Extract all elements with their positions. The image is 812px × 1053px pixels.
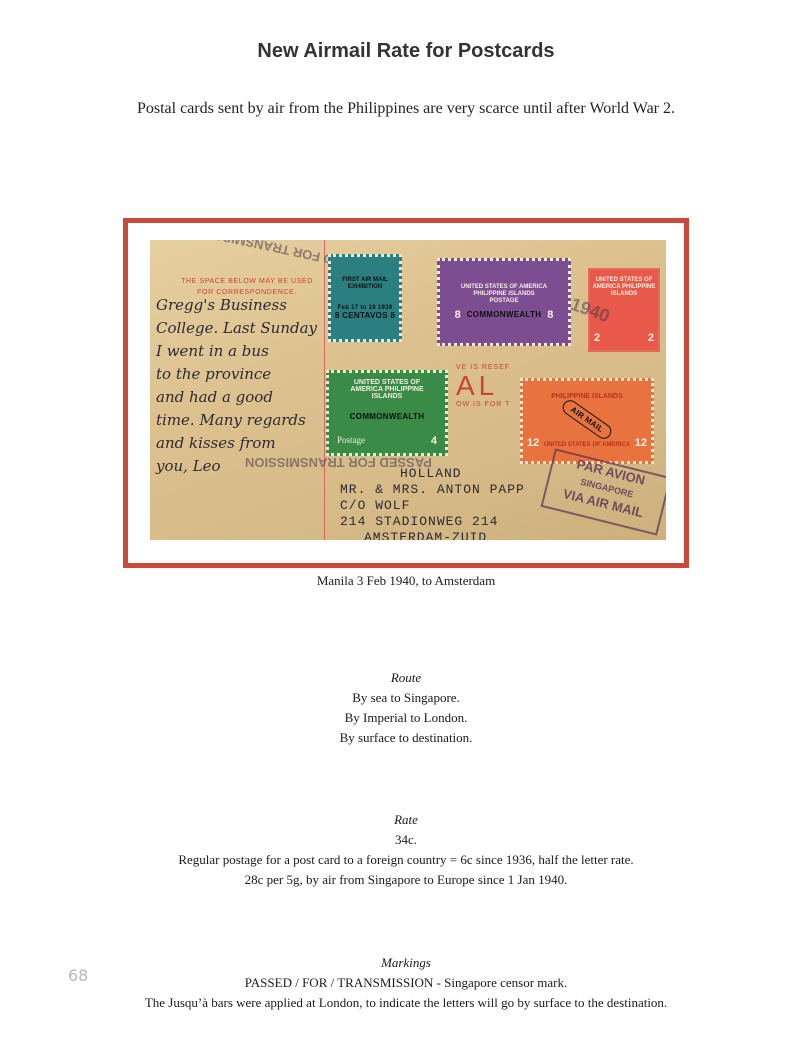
- postcard-image: THE SPACE BELOW MAY BE USED FOR CORRESPO…: [150, 240, 666, 540]
- section-heading: Markings: [0, 953, 812, 973]
- reserved-printed-text: VE IS RESEF AL OW IS FOR T: [456, 364, 510, 408]
- stamp-green-commonwealth: UNITED STATES OF AMERICA PHILIPPINE ISLA…: [326, 370, 448, 456]
- page-title: New Airmail Rate for Postcards: [0, 40, 812, 63]
- handwritten-message: Gregg's Business College. Last Sunday I …: [156, 294, 336, 478]
- postcard-frame: THE SPACE BELOW MAY BE USED FOR CORRESPO…: [123, 218, 689, 568]
- recipient-address: HOLLAND MR. & MRS. ANTON PAPP C/O WOLF 2…: [340, 466, 525, 540]
- postcard-caption: Manila 3 Feb 1940, to Amsterdam: [0, 573, 812, 589]
- stamp-teal-airmail-exhibition: FIRST AIR MAIL EXHIBITION Feb 17 to 19 1…: [328, 254, 402, 342]
- section-heading: Rate: [0, 810, 812, 830]
- section-heading: Route: [0, 668, 812, 688]
- rate-section: Rate 34c. Regular postage for a post car…: [0, 810, 812, 890]
- pencil-page-number: 68: [68, 966, 88, 985]
- markings-section: Markings PASSED / FOR / TRANSMISSION - S…: [0, 953, 812, 1013]
- airmail-plane-overprint: AIR MAIL: [560, 397, 614, 441]
- stamp-purple-commonwealth: UNITED STATES OF AMERICA PHILIPPINE ISLA…: [437, 258, 571, 346]
- route-section: Route By sea to Singapore. By Imperial t…: [0, 668, 812, 748]
- stamp-orange-airmail: PHILIPPINE ISLANDS AIR MAIL 12 UNITED ST…: [520, 378, 654, 464]
- intro-text: Postal cards sent by air from the Philip…: [0, 100, 812, 118]
